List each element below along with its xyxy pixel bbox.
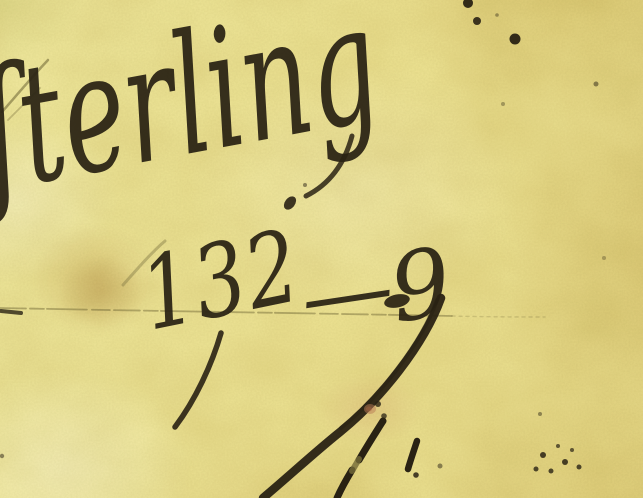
manuscript-photo: ſterling 132 — 9 (0, 0, 643, 498)
grain-speckle-rect (0, 0, 643, 498)
paper-grain-overlay (0, 0, 643, 498)
